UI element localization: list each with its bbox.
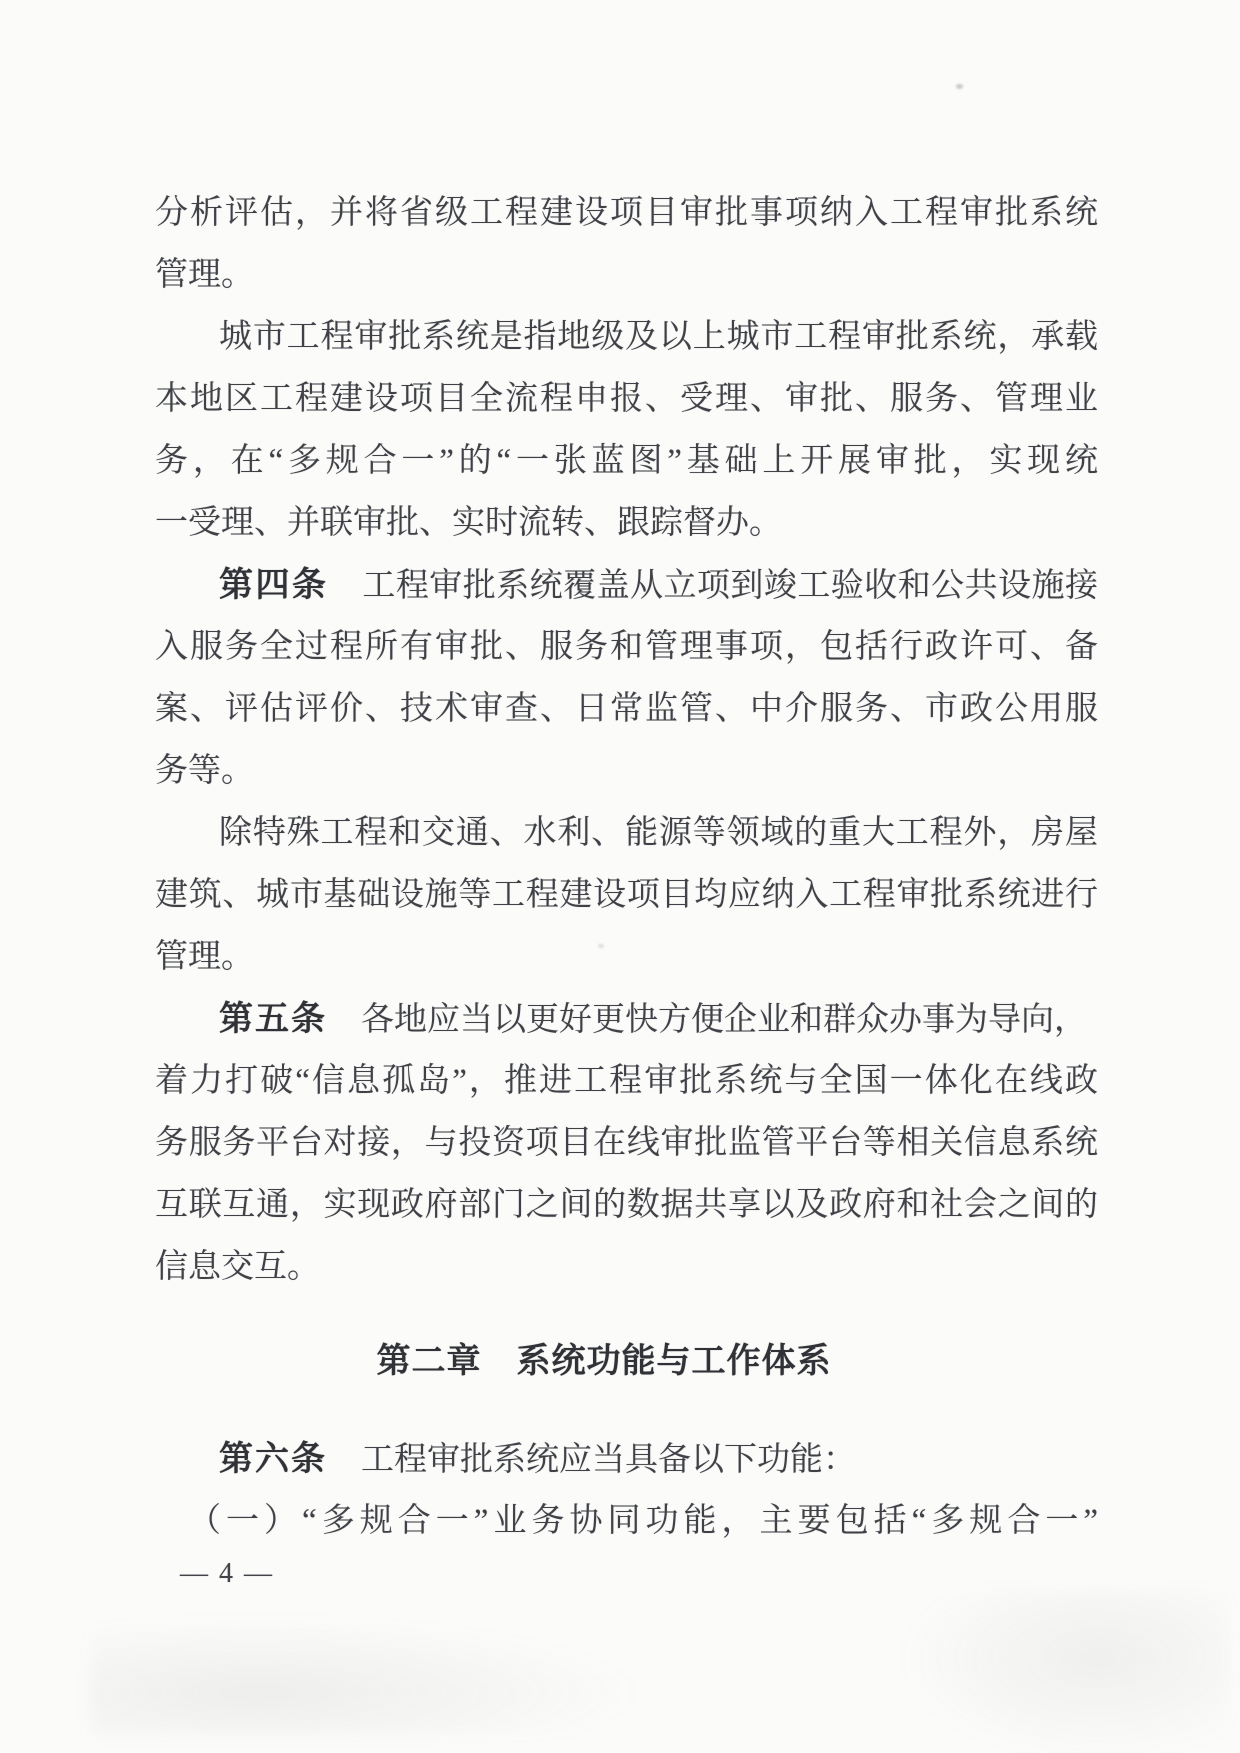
body-line-18: 信息交互。 [155, 1236, 1098, 1298]
item-one-line: （一）“多规合一”业务协同功能，主要包括“多规合一” [155, 1490, 1098, 1552]
body-line-2: 管理。 [155, 244, 1098, 306]
body-line-6: 一受理、并联审批、实时流转、跟踪督办。 [155, 492, 1098, 554]
body-line-11: 除特殊工程和交通、水利、能源等领域的重大工程外，房屋 [155, 802, 1098, 864]
body-line-4: 本地区工程建设项目全流程申报、受理、审批、服务、管理业 [155, 368, 1098, 430]
body-line-8: 入服务全过程所有审批、服务和管理事项，包括行政许可、备 [155, 616, 1098, 678]
body-line-1: 分析评估，并将省级工程建设项目审批事项纳入工程审批系统 [155, 182, 1098, 244]
scan-smudge [900, 1590, 1230, 1753]
scan-smudge [90, 1615, 650, 1735]
body-line-16: 务服务平台对接，与投资项目在线审批监管平台等相关信息系统 [155, 1112, 1098, 1174]
chapter-heading: 第二章 系统功能与工作体系 [155, 1330, 1098, 1392]
article-6-text: 工程审批系统应当具备以下功能： [361, 1442, 856, 1478]
document-page: 分析评估，并将省级工程建设项目审批事项纳入工程审批系统 管理。 城市工程审批系统… [0, 0, 1240, 1753]
article-5-text: 各地应当以更好更快方便企业和群众办事为导向， [361, 1002, 1087, 1038]
article-6-label: 第六条 [219, 1440, 327, 1478]
body-line-12: 建筑、城市基础设施等工程建设项目均应纳入工程审批系统进行 [155, 864, 1098, 926]
article-5-line: 第五条各地应当以更好更快方便企业和群众办事为导向， [155, 988, 1098, 1050]
body-line-13: 管理。 [155, 926, 1098, 988]
body-line-3: 城市工程审批系统是指地级及以上城市工程审批系统，承载 [155, 306, 1098, 368]
body-line-10: 务等。 [155, 740, 1098, 802]
document-body: 分析评估，并将省级工程建设项目审批事项纳入工程审批系统 管理。 城市工程审批系统… [155, 182, 1098, 1552]
article-4-text: 工程审批系统覆盖从立项到竣工验收和公共设施接 [362, 568, 1098, 604]
article-4-label: 第四条 [219, 566, 328, 604]
article-6-line: 第六条工程审批系统应当具备以下功能： [155, 1428, 1098, 1490]
body-line-9: 案、评估评价、技术审查、日常监管、中介服务、市政公用服 [155, 678, 1098, 740]
page-number: — 4 — [180, 1556, 274, 1592]
article-4-line: 第四条工程审批系统覆盖从立项到竣工验收和公共设施接 [155, 554, 1098, 616]
scan-speck [956, 84, 963, 89]
article-5-label: 第五条 [219, 1000, 327, 1038]
body-line-17: 互联互通，实现政府部门之间的数据共享以及政府和社会之间的 [155, 1174, 1098, 1236]
body-line-5: 务，在“多规合一”的“一张蓝图”基础上开展审批，实现统 [155, 430, 1098, 492]
body-line-15: 着力打破“信息孤岛”，推进工程审批系统与全国一体化在线政 [155, 1050, 1098, 1112]
